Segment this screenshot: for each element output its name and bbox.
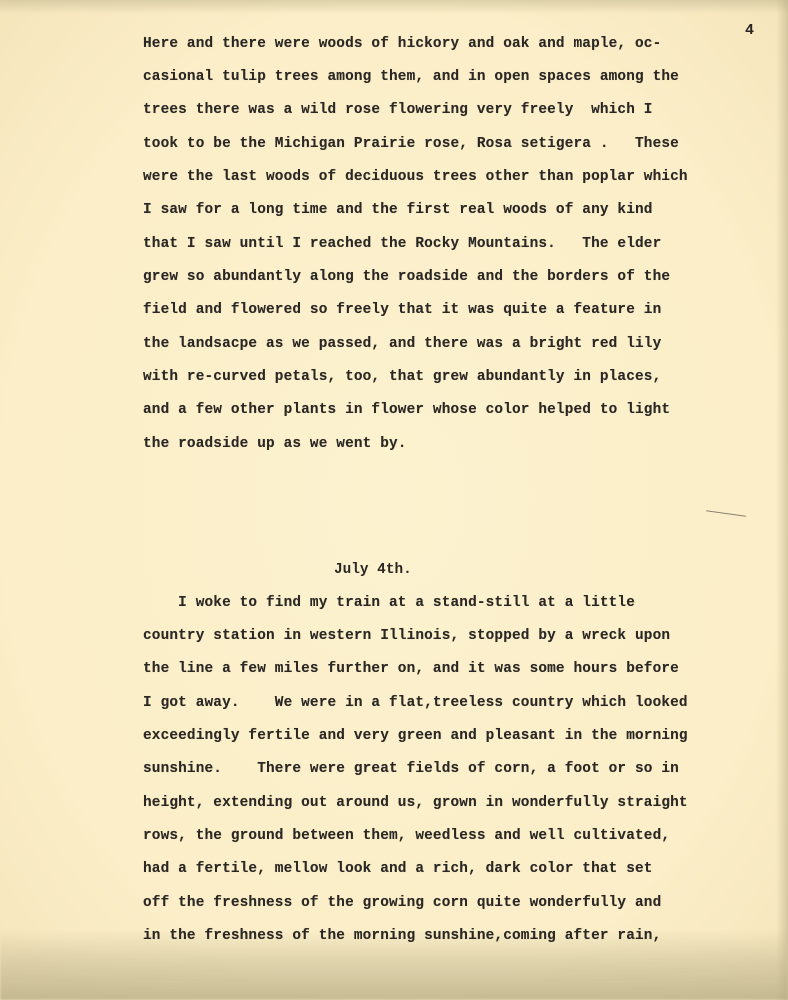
paragraph-2-line: exceedingly fertile and very green and p… bbox=[143, 728, 688, 744]
paragraph-2-line: the line a few miles further on, and it … bbox=[143, 661, 679, 677]
paragraph-2-line: sunshine. There were great fields of cor… bbox=[143, 761, 679, 777]
paragraph-1-line: Here and there were woods of hickory and… bbox=[143, 36, 661, 52]
stray-pen-mark bbox=[706, 510, 746, 517]
paragraph-1-line: and a few other plants in flower whose c… bbox=[143, 402, 670, 418]
paragraph-2-line: off the freshness of the growing corn qu… bbox=[143, 895, 661, 911]
paragraph-2-line: country station in western Illinois, sto… bbox=[143, 628, 670, 644]
paragraph-1-line: took to be the Michigan Prairie rose, Ro… bbox=[143, 136, 679, 152]
paragraph-1-line: the landsacpe as we passed, and there wa… bbox=[143, 336, 661, 352]
paragraph-1-line: with re-curved petals, too, that grew ab… bbox=[143, 369, 661, 385]
paragraph-2-line: had a fertile, mellow look and a rich, d… bbox=[143, 861, 653, 877]
paragraph-2-line: in the freshness of the morning sunshine… bbox=[143, 928, 661, 944]
paragraph-1-line: casional tulip trees among them, and in … bbox=[143, 69, 679, 85]
typewritten-page: 4 Here and there were woods of hickory a… bbox=[0, 0, 788, 1000]
paragraph-1-line: I saw for a long time and the first real… bbox=[143, 202, 653, 218]
paragraph-1-line: that I saw until I reached the Rocky Mou… bbox=[143, 236, 661, 252]
paragraph-1-line: trees there was a wild rose flowering ve… bbox=[143, 102, 653, 118]
paragraph-1-line: grew so abundantly along the roadside an… bbox=[143, 269, 670, 285]
paragraph-2-line: I got away. We were in a flat,treeless c… bbox=[143, 695, 688, 711]
paragraph-2-line: rows, the ground between them, weedless … bbox=[143, 828, 670, 844]
paragraph-1-line: field and flowered so freely that it was… bbox=[143, 302, 661, 318]
page-number: 4 bbox=[745, 22, 754, 39]
paper-stain-top bbox=[0, 0, 788, 14]
paragraph-1-line: were the last woods of deciduous trees o… bbox=[143, 169, 688, 185]
paragraph-1-line: the roadside up as we went by. bbox=[143, 436, 407, 452]
paragraph-2-line: height, extending out around us, grown i… bbox=[143, 795, 688, 811]
paragraph-2-line: I woke to find my train at a stand-still… bbox=[143, 595, 635, 611]
paper-stain-right bbox=[776, 0, 788, 1000]
section-heading-date: July 4th. bbox=[334, 562, 412, 578]
